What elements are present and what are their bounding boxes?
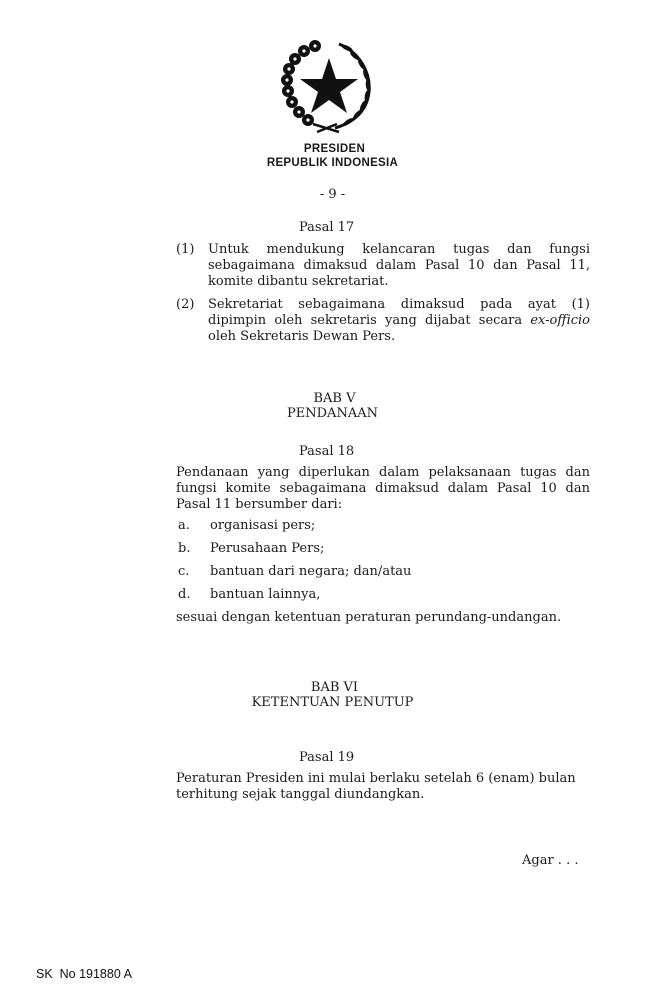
item-label: d. xyxy=(178,587,210,610)
item-label: c. xyxy=(178,564,210,587)
pasal-19-heading: Pasal 19 xyxy=(299,750,354,765)
pasal-17-list: (1) Untuk mendukung kelancaran tugas dan… xyxy=(176,242,590,345)
list-item: c. bantuan dari negara; dan/atau xyxy=(178,564,590,587)
item-number: (1) xyxy=(176,242,208,290)
item-text: bantuan dari negara; dan/atau xyxy=(210,564,411,587)
bab-5-subtitle: PENDANAAN xyxy=(0,406,665,421)
item-label: b. xyxy=(178,541,210,564)
bab-6-title: BAB VI xyxy=(0,680,665,695)
pasal-17-heading: Pasal 17 xyxy=(299,220,354,235)
pasal-19-text: Peraturan Presiden ini mulai berlaku set… xyxy=(176,771,590,803)
list-item: a. organisasi pers; xyxy=(178,518,590,541)
item-text: organisasi pers; xyxy=(210,518,315,541)
pasal-18-list: a. organisasi pers; b. Perusahaan Pers; … xyxy=(178,518,590,610)
item-label: a. xyxy=(178,518,210,541)
item-text: Untuk mendukung kelancaran tugas dan fun… xyxy=(208,242,590,290)
bab-5-title: BAB V xyxy=(0,391,665,406)
header-title-republik: REPUBLIK INDONESIA xyxy=(0,157,665,169)
item-number: (2) xyxy=(176,297,208,345)
list-item: d. bantuan lainnya, xyxy=(178,587,590,610)
item-text: Perusahaan Pers; xyxy=(210,541,324,564)
sk-number: SK No 191880 A xyxy=(36,967,132,981)
page-number: - 9 - xyxy=(0,187,665,202)
item-text-italic: ex-officio xyxy=(530,313,590,328)
item-text: bantuan lainnya, xyxy=(210,587,320,610)
list-item: (1) Untuk mendukung kelancaran tugas dan… xyxy=(176,242,590,290)
list-item: (2) Sekretariat sebagaimana dimaksud pad… xyxy=(176,297,590,345)
presidential-seal-icon xyxy=(277,36,381,136)
item-text: Sekretariat sebagaimana dimaksud pada ay… xyxy=(208,297,590,345)
item-text-part: oleh Sekretaris Dewan Pers. xyxy=(208,329,395,344)
continuation-marker: Agar . . . xyxy=(522,853,578,868)
pasal-18-closing: sesuai dengan ketentuan peraturan perund… xyxy=(176,610,561,626)
bab-6-subtitle: KETENTUAN PENUTUP xyxy=(0,695,665,710)
pasal-18-heading: Pasal 18 xyxy=(299,444,354,459)
list-item: b. Perusahaan Pers; xyxy=(178,541,590,564)
pasal-18-intro: Pendanaan yang diperlukan dalam pelaksan… xyxy=(176,465,590,513)
header-title-presiden: PRESIDEN xyxy=(0,143,665,155)
